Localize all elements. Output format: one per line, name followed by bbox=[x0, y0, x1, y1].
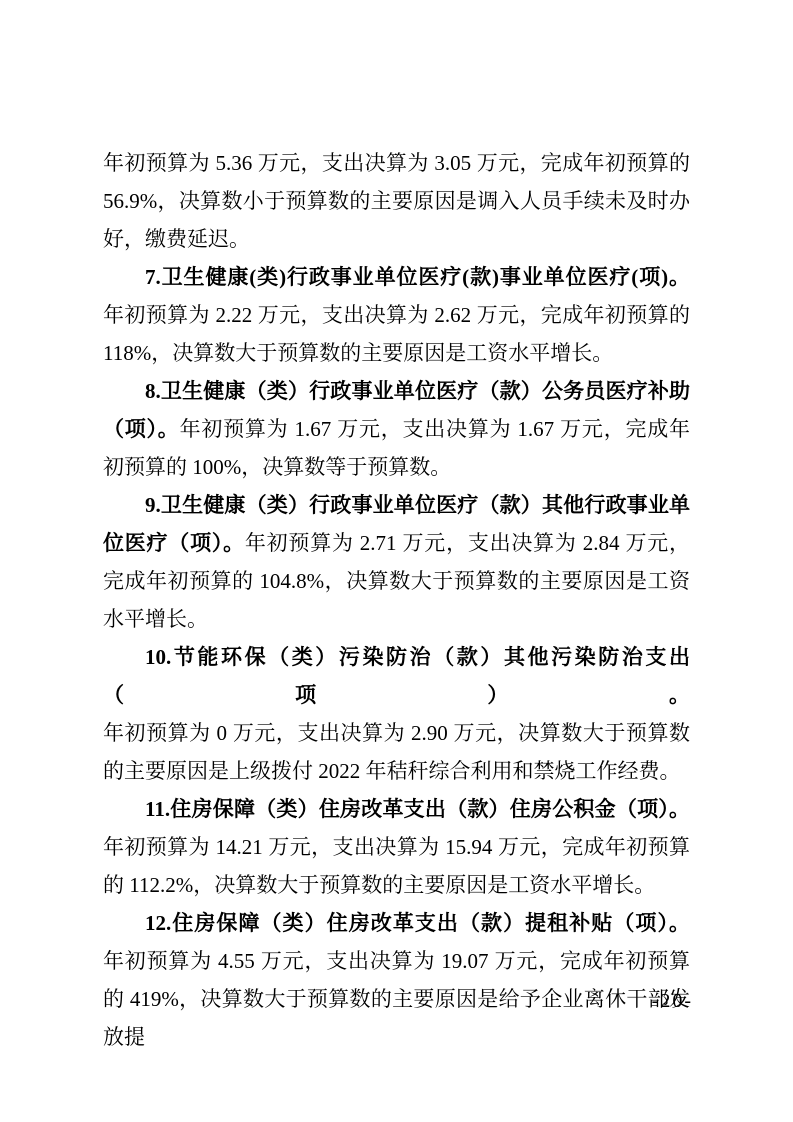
paragraph-continuation-body: 年初预算为 5.36 万元，支出决算为 3.05 万元，完成年初预算的 56.9… bbox=[103, 151, 690, 251]
document-page: 年初预算为 5.36 万元，支出决算为 3.05 万元，完成年初预算的 56.9… bbox=[0, 0, 793, 1122]
item-11-heading: 11.住房保障（类）住房改革支出（款）住房公积金（项）。 bbox=[103, 790, 690, 828]
document-body-text: 年初预算为 5.36 万元，支出决算为 3.05 万元，完成年初预算的 56.9… bbox=[103, 144, 690, 1056]
paragraph-continuation: 年初预算为 5.36 万元，支出决算为 3.05 万元，完成年初预算的 56.9… bbox=[103, 144, 690, 258]
paragraph-item-12: 12.住房保障（类）住房改革支出（款）提租补贴（项）。年初预算为 4.55 万元… bbox=[103, 904, 690, 1056]
item-8-body: 年初预算为 1.67 万元，支出决算为 1.67 万元，完成年初预算的 100%… bbox=[103, 417, 690, 479]
paragraph-item-7: 7.卫生健康(类)行政事业单位医疗(款)事业单位医疗(项)。年初预算为 2.22… bbox=[103, 258, 690, 372]
page-number: -20- bbox=[652, 989, 693, 1013]
paragraph-item-9: 9.卫生健康（类）行政事业单位医疗（款）其他行政事业单位医疗（项）。年初预算为 … bbox=[103, 486, 690, 638]
item-10-body: 年初预算为 0 万元，支出决算为 2.90 万元，决算数大于预算数的主要原因是上… bbox=[103, 721, 690, 783]
item-11-body: 年初预算为 14.21 万元，支出决算为 15.94 万元，完成年初预算的 11… bbox=[103, 835, 690, 897]
paragraph-item-10: 10.节能环保（类）污染防治（款）其他污染防治支出（项）。年初预算为 0 万元，… bbox=[103, 638, 690, 790]
item-7-heading: 7.卫生健康(类)行政事业单位医疗(款)事业单位医疗(项)。 bbox=[103, 258, 690, 296]
item-7-body: 年初预算为 2.22 万元，支出决算为 2.62 万元，完成年初预算的 118%… bbox=[103, 303, 690, 365]
item-12-body: 年初预算为 4.55 万元，支出决算为 19.07 万元，完成年初预算的 419… bbox=[103, 949, 690, 1049]
item-10-heading: 10.节能环保（类）污染防治（款）其他污染防治支出（项）。 bbox=[103, 638, 690, 714]
paragraph-item-8: 8.卫生健康（类）行政事业单位医疗（款）公务员医疗补助（项）。年初预算为 1.6… bbox=[103, 372, 690, 486]
paragraph-item-11: 11.住房保障（类）住房改革支出（款）住房公积金（项）。年初预算为 14.21 … bbox=[103, 790, 690, 904]
item-12-heading: 12.住房保障（类）住房改革支出（款）提租补贴（项）。 bbox=[103, 904, 690, 942]
